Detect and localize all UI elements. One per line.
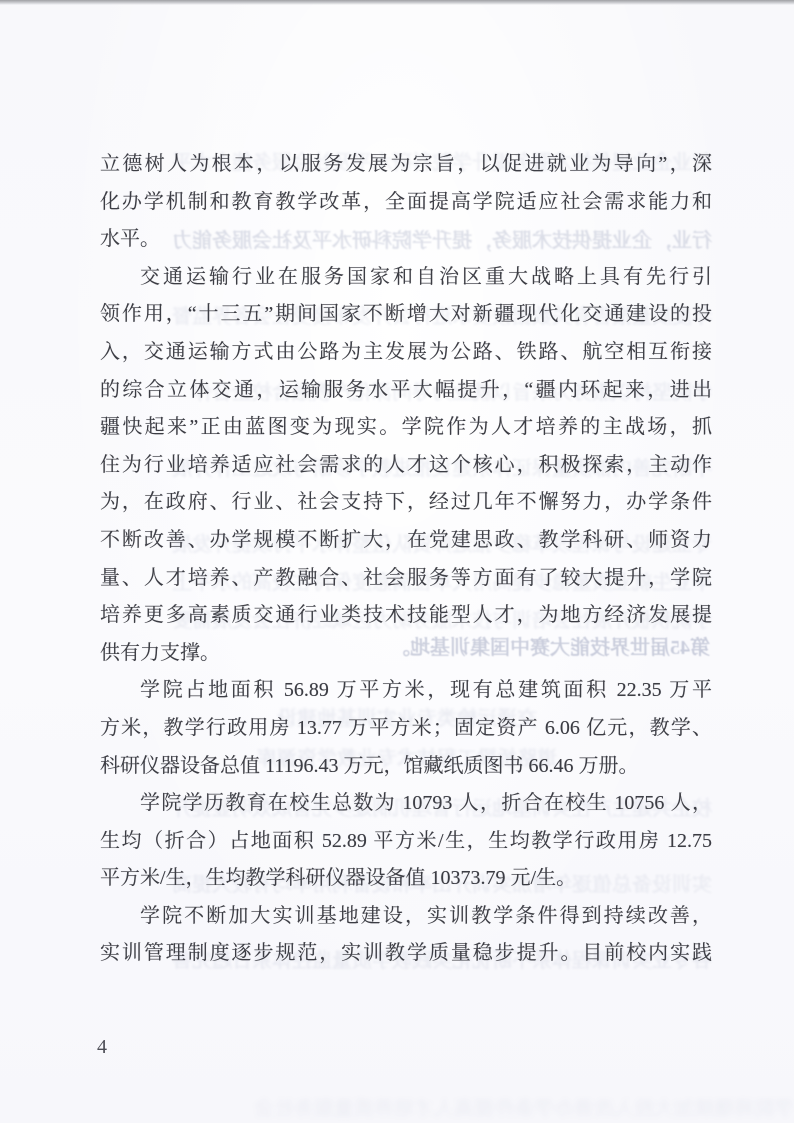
text-line: 科研仪器设备总值 11196.43 万元，馆藏纸质图书 66.46 万册。 [100,748,712,786]
text-line: 的综合立体交通，运输服务水平大幅提升，“疆内环起来，进出 [100,372,712,410]
body-text: 立德树人为根本，以服务发展为宗旨，以促进就业为导向”，深 化办学机制和教育教学改… [100,146,712,973]
text-line: 学院学历教育在校生总数为 10793 人，折合在校生 10756 人， [100,785,712,823]
text-line: 实训管理制度逐步规范，实训教学质量稳步提升。目前校内实践 [100,935,712,973]
text-line: 交通运输行业在服务国家和自治区重大战略上具有先行引 [100,259,712,297]
text-line: 学院占地面积 56.89 万平方米，现有总建筑面积 22.35 万平 [100,672,712,710]
text-line: 方米，教学行政用房 13.77 万平方米；固定资产 6.06 亿元，教学、 [100,710,712,748]
text-line: 疆快起来”正由蓝图变为现实。学院作为人才培养的主战场，抓 [100,409,712,447]
text-line: 住为行业培养适应社会需求的人才这个核心，积极探索，主动作 [100,447,712,485]
text-line: 学院不断加大实训基地建设，实训教学条件得到持续改善， [100,898,712,936]
text-line: 生均（折合）占地面积 52.89 平方米/生，生均教学行政用房 12.75 [100,823,712,861]
text-line: 平方米/生，生均教学科研仪器设备值 10373.79 元/生。 [100,860,712,898]
text-line: 培养更多高素质交通行业类技术技能型人才，为地方经济发展提 [100,597,712,635]
bleedthrough-line: 学院将继续加大投入改善办学条件提高人才培养质量服务社会 [0,1092,794,1121]
text-line: 水平。 [100,221,712,259]
scan-edge-shadow [0,0,794,5]
page-number: 4 [97,1036,107,1059]
scanned-document-page: 行业企业提供技术服务提升学院科研水平及社会服务能力水平 行业，企业提供技术服务，… [0,0,794,1123]
text-line: 领作用，“十三五”期间国家不断增大对新疆现代化交通建设的投 [100,296,712,334]
text-line: 化办学机制和教育教学改革，全面提高学院适应社会需求能力和 [100,184,712,222]
text-line: 量、人才培养、产教融合、社会服务等方面有了较大提升，学院 [100,560,712,598]
text-line: 为，在政府、行业、社会支持下，经过几年不懈努力，办学条件 [100,484,712,522]
text-line: 入，交通运输方式由公路为主发展为公路、铁路、航空相互衔接 [100,334,712,372]
text-line: 不断改善、办学规模不断扩大，在党建思政、教学科研、师资力 [100,522,712,560]
text-line: 供有力支撑。 [100,635,712,673]
text-line: 立德树人为根本，以服务发展为宗旨，以促进就业为导向”，深 [100,146,712,184]
